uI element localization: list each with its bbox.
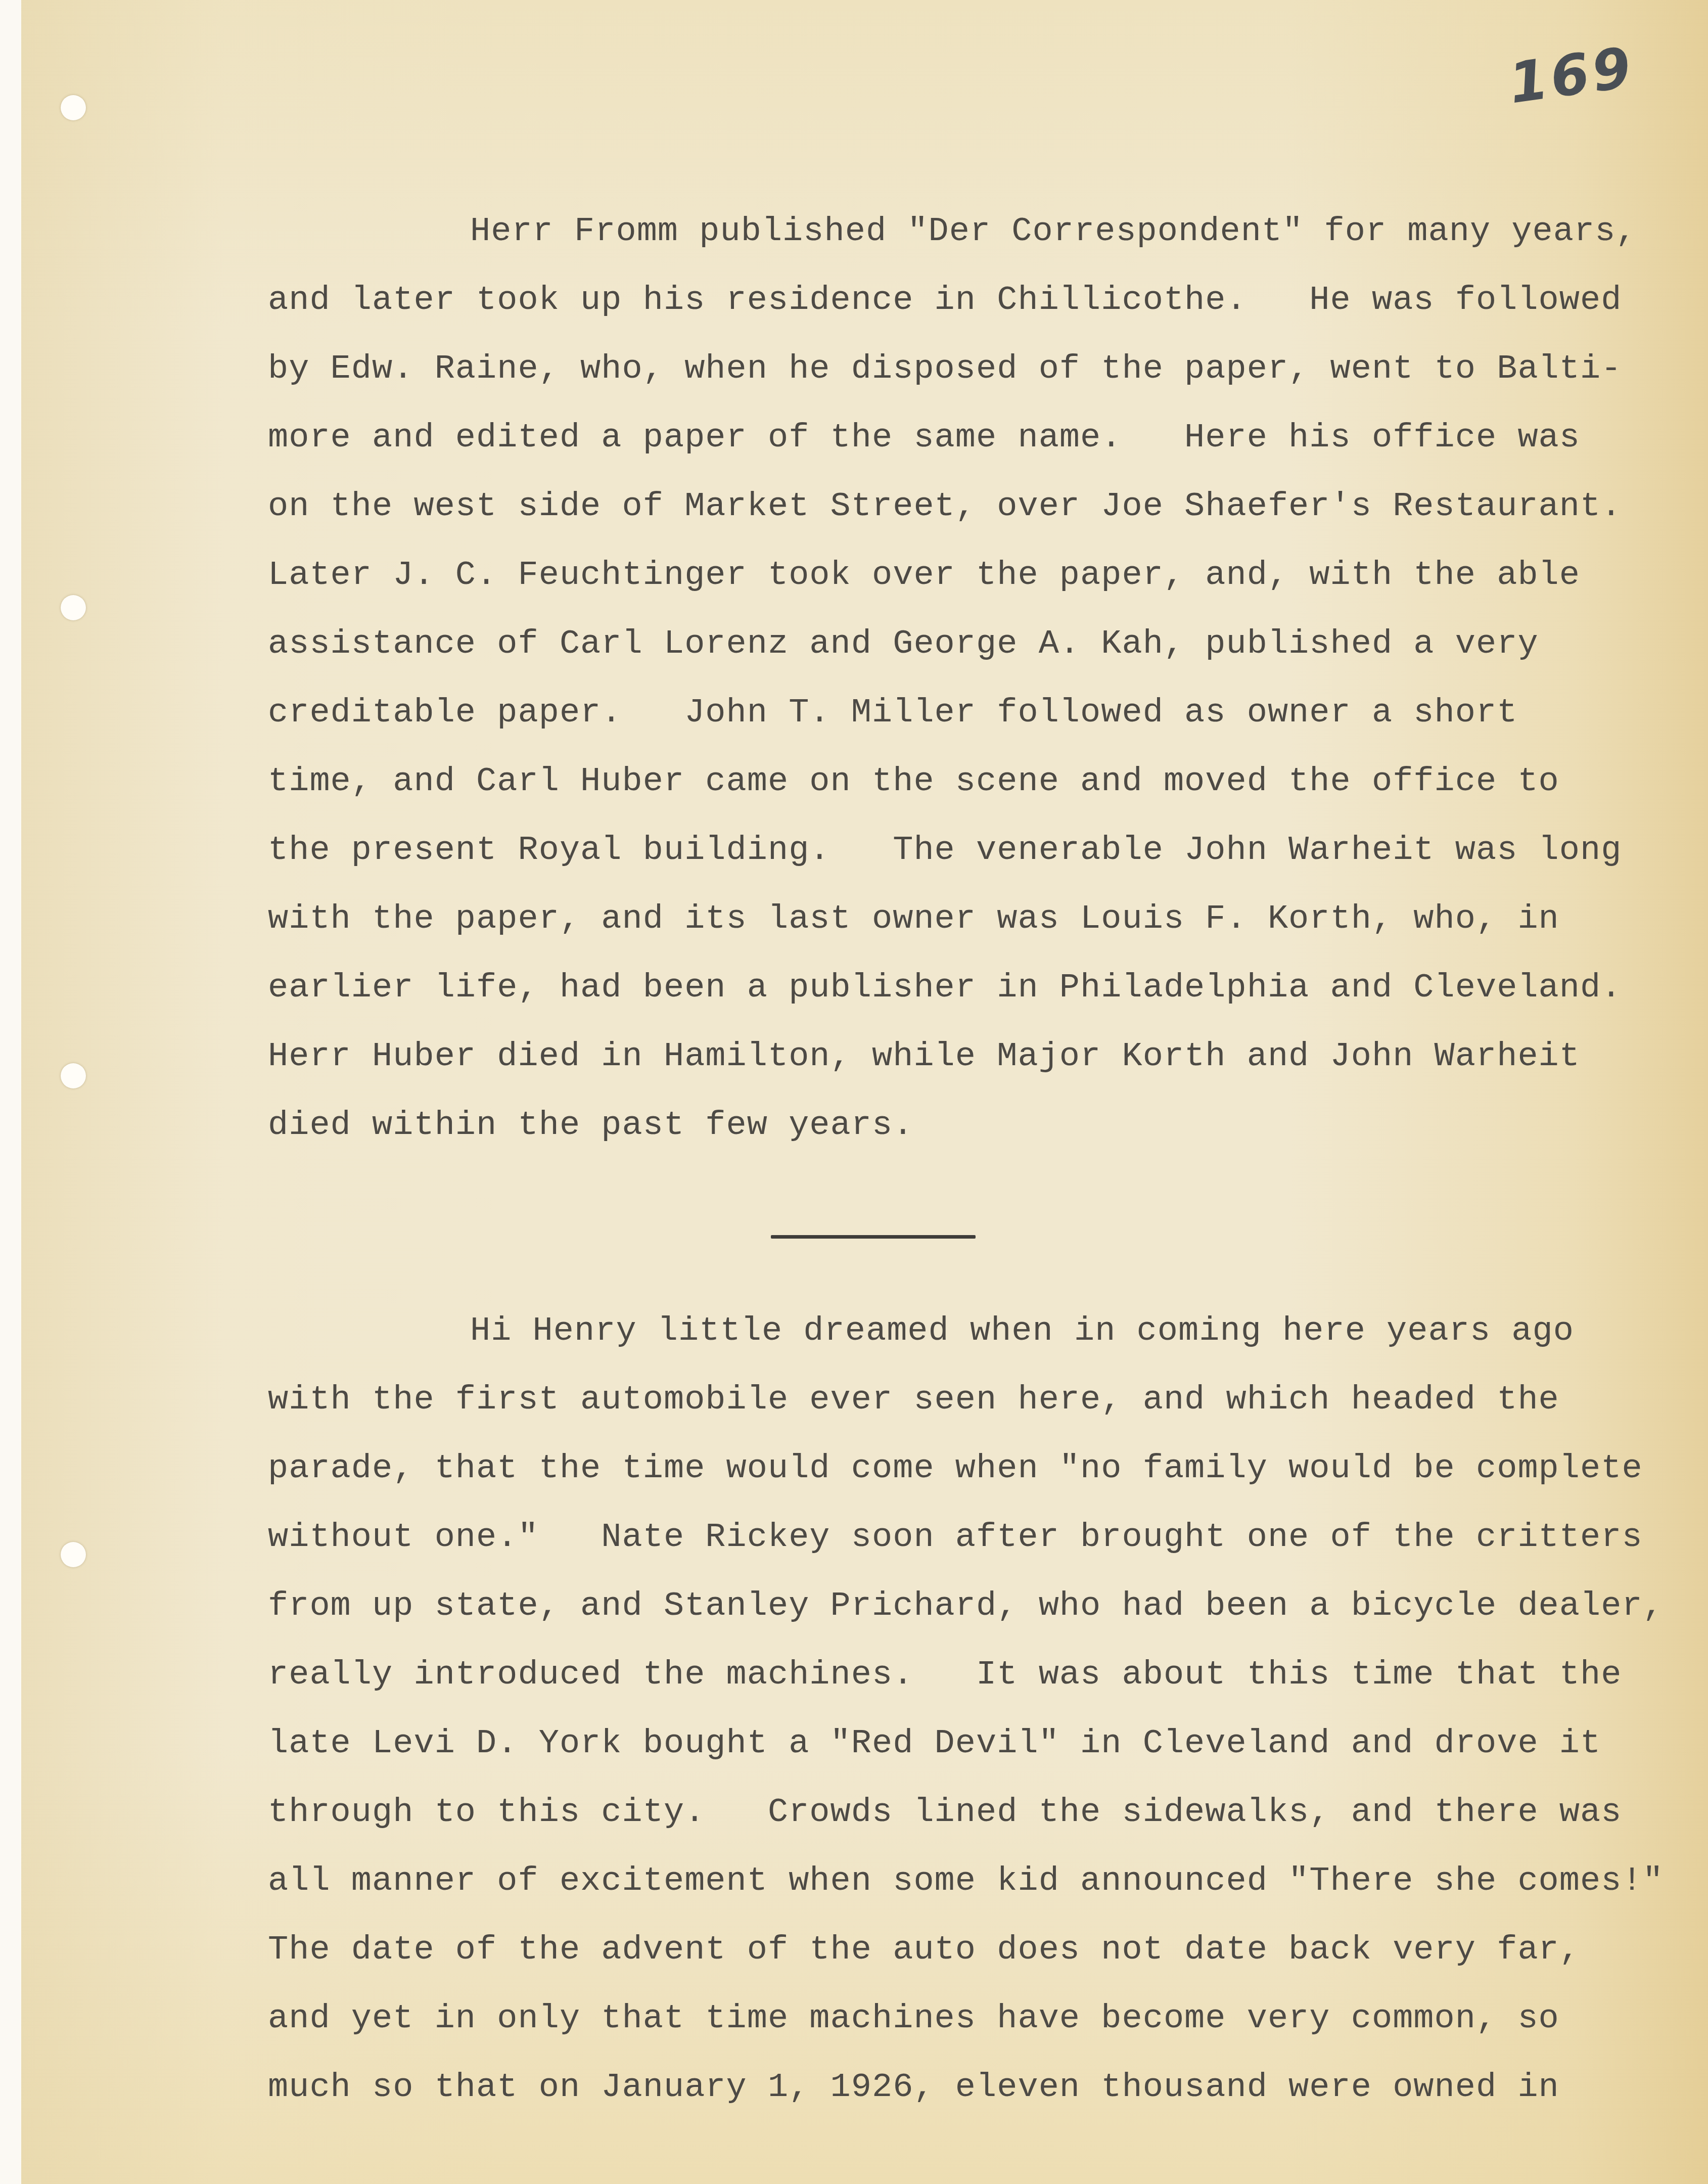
text-line: Herr Fromm published "Der Correspondent"… <box>268 197 1633 266</box>
text-line: parade, that the time would come when "n… <box>268 1434 1633 1503</box>
text-line: all manner of excitement when some kid a… <box>268 1847 1633 1916</box>
text-line: with the paper, and its last owner was L… <box>268 885 1633 953</box>
binder-hole <box>61 95 86 120</box>
binder-hole <box>61 1542 86 1567</box>
scan-margin <box>0 0 21 2184</box>
text-line: without one." Nate Rickey soon after bro… <box>268 1503 1633 1572</box>
text-line: with the first automobile ever seen here… <box>268 1366 1633 1434</box>
text-line: the present Royal building. The venerabl… <box>268 816 1633 885</box>
text-line: and later took up his residence in Chill… <box>268 266 1633 335</box>
text-line: time, and Carl Huber came on the scene a… <box>268 747 1633 816</box>
text-line: The date of the advent of the auto does … <box>268 1916 1633 1984</box>
text-line: creditable paper. John T. Miller followe… <box>268 678 1633 747</box>
paragraph-automobile: Hi Henry little dreamed when in coming h… <box>268 1297 1633 2122</box>
text-line: more and edited a paper of the same name… <box>268 403 1633 472</box>
text-line: Hi Henry little dreamed when in coming h… <box>268 1297 1633 1366</box>
text-line: earlier life, had been a publisher in Ph… <box>268 953 1633 1022</box>
binder-hole <box>61 595 86 620</box>
text-line: from up state, and Stanley Prichard, who… <box>268 1572 1633 1641</box>
section-divider <box>771 1235 976 1239</box>
text-line: on the west side of Market Street, over … <box>268 472 1633 541</box>
text-line: died within the past few years. <box>268 1091 1633 1160</box>
text-line: and yet in only that time machines have … <box>268 1984 1633 2053</box>
text-line: Herr Huber died in Hamilton, while Major… <box>268 1022 1633 1091</box>
text-line: late Levi D. York bought a "Red Devil" i… <box>268 1709 1633 1778</box>
binder-hole <box>61 1063 86 1088</box>
text-line: really introduced the machines. It was a… <box>268 1641 1633 1709</box>
text-line: by Edw. Raine, who, when he disposed of … <box>268 335 1633 403</box>
text-line: through to this city. Crowds lined the s… <box>268 1778 1633 1847</box>
paragraph-der-correspondent: Herr Fromm published "Der Correspondent"… <box>268 197 1633 1160</box>
text-line: assistance of Carl Lorenz and George A. … <box>268 610 1633 678</box>
text-line: much so that on January 1, 1926, eleven … <box>268 2053 1633 2122</box>
text-line: Later J. C. Feuchtinger took over the pa… <box>268 541 1633 610</box>
